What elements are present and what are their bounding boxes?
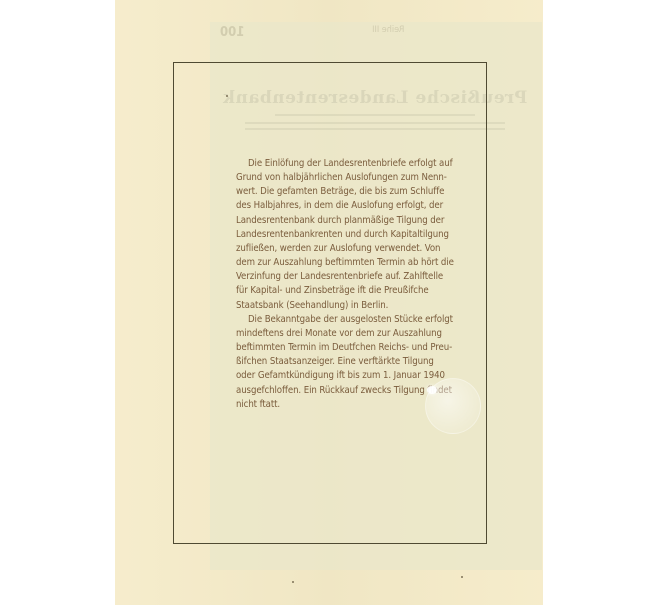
- terms-text: Die Einlöfung der Landesrentenbriefe erf…: [236, 157, 426, 412]
- ghost-header-center: Reihe III: [372, 25, 404, 39]
- text-line: ausgefchloffen. Ein Rückkauf zwecks Tilg…: [236, 384, 426, 398]
- text-line: Landesrentenbank durch planmäßige Tilgun…: [236, 214, 426, 228]
- terms-paragraph-redemption: Die Einlöfung der Landesrentenbriefe erf…: [236, 157, 426, 313]
- text-line: zufließen, werden zur Auslofung verwende…: [236, 242, 426, 256]
- show-through-header: Reihe III 100: [210, 25, 542, 39]
- text-line: wert. Die gefamten Beträge, die bis zum …: [236, 185, 426, 199]
- text-line: Die Bekanntgabe der ausgelosten Stücke e…: [236, 313, 426, 327]
- ghost-header-left: 100: [220, 25, 244, 39]
- text-line: dem zur Auszahlung beftimmten Termin ab …: [236, 256, 426, 270]
- paper-speck: [292, 581, 294, 583]
- text-line: ßifchen Staatsanzeiger. Eine verftärkte …: [236, 355, 426, 369]
- paper-speck: [226, 95, 228, 97]
- paper-speck: [461, 576, 463, 578]
- terms-paragraph-announcement: Die Bekanntgabe der ausgelosten Stücke e…: [236, 313, 426, 412]
- text-line: Landesrentenbankrenten und durch Kapital…: [236, 228, 426, 242]
- text-line: mindeftens drei Monate vor dem zur Ausza…: [236, 327, 426, 341]
- text-line: oder Gefamtkündigung ift bis zum 1. Janu…: [236, 369, 426, 383]
- seal-glint: [427, 386, 437, 394]
- text-line: beftimmten Termin im Deutfchen Reichs- u…: [236, 341, 426, 355]
- text-line: Die Einlöfung der Landesrentenbriefe erf…: [236, 157, 426, 171]
- text-line: Grund von halbjährlichen Auslofungen zum…: [236, 171, 426, 185]
- text-line: des Halbjahres, in dem die Auslofung erf…: [236, 199, 426, 213]
- text-line: Verzinfung der Landesrentenbriefe auf. Z…: [236, 270, 426, 284]
- certificate-paper: Reihe III 100 Preußische Landesrentenban…: [115, 0, 543, 605]
- text-line: für Kapital- und Zinsbeträge ift die Pre…: [236, 284, 426, 298]
- text-line: nicht ftatt.: [236, 398, 426, 412]
- text-line: Staatsbank (Seehandlung) in Berlin.: [236, 299, 426, 313]
